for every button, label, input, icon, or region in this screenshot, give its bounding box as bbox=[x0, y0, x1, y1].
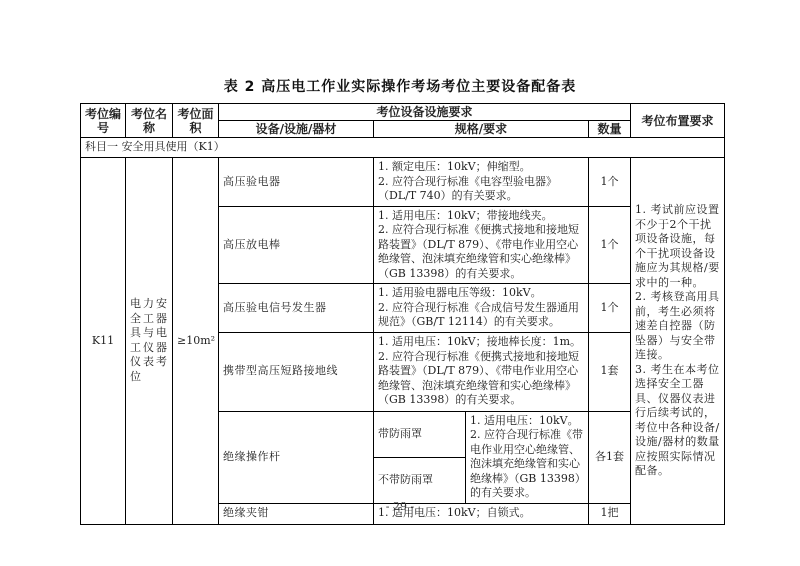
table-title: 表 2 高压电工作业实际操作考场考位主要设备配备表 bbox=[0, 76, 800, 96]
header-seat-number: 考位编号 bbox=[81, 104, 126, 138]
device-qty: 1个 bbox=[589, 206, 631, 284]
device-variant: 带防雨罩 bbox=[374, 411, 466, 458]
table-row: K11 电力安全工器具与电工仪器仪表考位 ≥10m² 高压验电器 1. 额定电压… bbox=[81, 158, 725, 207]
device-name: 高压放电棒 bbox=[219, 206, 374, 284]
device-name: 携带型高压短路接地线 bbox=[219, 332, 374, 411]
seat-area: ≥10m² bbox=[173, 158, 219, 525]
section-row: 科目一 安全用具使用（K1） bbox=[81, 138, 725, 158]
device-spec: 1. 适用验电器电压等级：10kV。 2. 应符合现行标准《合成信号发生器通用规… bbox=[374, 284, 589, 333]
section-label: 科目一 安全用具使用（K1） bbox=[81, 138, 725, 158]
device-spec: 1. 适用电压：10kV；带接地线夹。 2. 应符合现行标准《便携式接地和接地短… bbox=[374, 206, 589, 284]
device-qty: 各1套 bbox=[589, 411, 631, 503]
page-number: - 29 - bbox=[0, 500, 800, 513]
header-equipment-group: 考位设备设施要求 bbox=[219, 104, 631, 121]
device-qty: 1个 bbox=[589, 158, 631, 207]
header-spec: 规格/要求 bbox=[374, 121, 589, 138]
seat-name: 电力安全工器具与电工仪器仪表考位 bbox=[126, 158, 173, 525]
header-layout-requirement: 考位布置要求 bbox=[631, 104, 725, 138]
device-name: 绝缘操作杆 bbox=[219, 411, 374, 503]
device-spec: 1. 适用电压：10kV；接地棒长度：1m。 2. 应符合现行标准《便携式接地和… bbox=[374, 332, 589, 411]
header-row-1: 考位编号 考位名称 考位面积 考位设备设施要求 考位布置要求 bbox=[81, 104, 725, 121]
device-name: 高压验电信号发生器 bbox=[219, 284, 374, 333]
layout-requirement-text: 1. 考试前应设置不少于2个干扰项设备设施，每个干扰项设备设施应为其规格/要求中… bbox=[631, 158, 725, 525]
device-name: 高压验电器 bbox=[219, 158, 374, 207]
device-variant: 不带防雨罩 bbox=[374, 458, 466, 503]
device-qty: 1套 bbox=[589, 332, 631, 411]
seat-id: K11 bbox=[81, 158, 126, 525]
header-device: 设备/设施/器材 bbox=[219, 121, 374, 138]
header-qty: 数量 bbox=[589, 121, 631, 138]
document-page: 表 2 高压电工作业实际操作考场考位主要设备配备表 考位编号 考位名称 考位面积… bbox=[0, 0, 800, 566]
header-seat-area: 考位面积 bbox=[173, 104, 219, 138]
equipment-table: 考位编号 考位名称 考位面积 考位设备设施要求 考位布置要求 设备/设施/器材 … bbox=[80, 103, 725, 525]
device-spec: 1. 适用电压：10kV。 2. 应符合现行标准《带电作业用空心绝缘管、泡沫填充… bbox=[466, 411, 589, 503]
device-qty: 1个 bbox=[589, 284, 631, 333]
header-seat-name: 考位名称 bbox=[126, 104, 173, 138]
device-spec: 1. 额定电压：10kV；伸缩型。 2. 应符合现行标准《电容型验电器》（DL/… bbox=[374, 158, 589, 207]
